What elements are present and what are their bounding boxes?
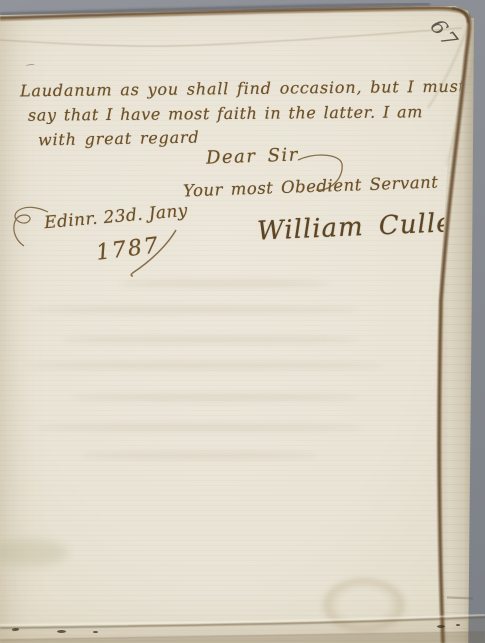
photo-backdrop: Laudanum as you shall find occasion, but… bbox=[0, 0, 485, 643]
letter-body-line: with great regard bbox=[38, 128, 200, 150]
dateline-flourish bbox=[6, 202, 50, 250]
show-through-line bbox=[70, 394, 360, 401]
salutation-flourish bbox=[296, 148, 348, 198]
pencil-mark bbox=[26, 63, 35, 68]
ink-speck bbox=[456, 624, 460, 626]
letter-body-line: Laudanum as you shall find occasion, but… bbox=[20, 77, 466, 101]
show-through-line bbox=[80, 452, 320, 459]
folio-number: 67 bbox=[425, 15, 463, 54]
ink-speck bbox=[93, 631, 98, 633]
closing-salutation: Dear Sir bbox=[206, 144, 300, 168]
manuscript-page: Laudanum as you shall find occasion, but… bbox=[0, 0, 485, 643]
show-through-line bbox=[60, 336, 360, 343]
show-through-line bbox=[30, 306, 360, 313]
paper-stain bbox=[0, 539, 68, 566]
show-through-line bbox=[35, 424, 365, 431]
show-through-line bbox=[25, 362, 385, 369]
paper-stain bbox=[320, 576, 408, 634]
show-through-line bbox=[120, 280, 330, 287]
ink-speck bbox=[437, 625, 445, 628]
year-flourish bbox=[128, 226, 180, 278]
signature: William Cullen bbox=[256, 207, 470, 246]
ink-speck bbox=[57, 630, 66, 633]
letter-body-line: say that I have most faith in the latter… bbox=[28, 102, 423, 124]
